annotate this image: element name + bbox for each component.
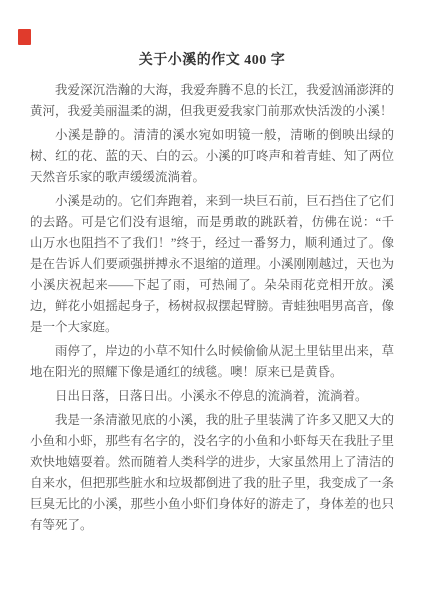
essay-body: 我爱深沉浩瀚的大海，我爱奔腾不息的长江，我爱汹涌澎湃的黄河，我爱美丽温柔的湖，但… xyxy=(30,80,394,536)
essay-paragraph: 我爱深沉浩瀚的大海，我爱奔腾不息的长江，我爱汹涌澎湃的黄河，我爱美丽温柔的湖，但… xyxy=(30,80,394,122)
essay-paragraph: 雨停了，岸边的小草不知什么时候偷偷从泥土里钻里出来，草地在阳光的照耀下像是通红的… xyxy=(30,341,394,383)
essay-paragraph: 日出日落，日落日出。小溪永不停息的流淌着，流淌着。 xyxy=(30,386,394,407)
essay-paragraph: 小溪是静的。清清的溪水宛如明镜一般，清晰的倒映出绿的树、红的花、蓝的天、白的云。… xyxy=(30,125,394,188)
page-title: 关于小溪的作文 400 字 xyxy=(0,0,424,69)
essay-paragraph: 我是一条清澈见底的小溪，我的肚子里装满了许多又肥又大的小鱼和小虾，那些有名字的，… xyxy=(30,410,394,536)
red-marker-icon xyxy=(18,29,31,45)
essay-page: 关于小溪的作文 400 字 我爱深沉浩瀚的大海，我爱奔腾不息的长江，我爱汹涌澎湃… xyxy=(0,0,424,600)
essay-paragraph: 小溪是动的。它们奔跑着，来到一块巨石前，巨石挡住了它们的去路。可是它们没有退缩，… xyxy=(30,191,394,338)
